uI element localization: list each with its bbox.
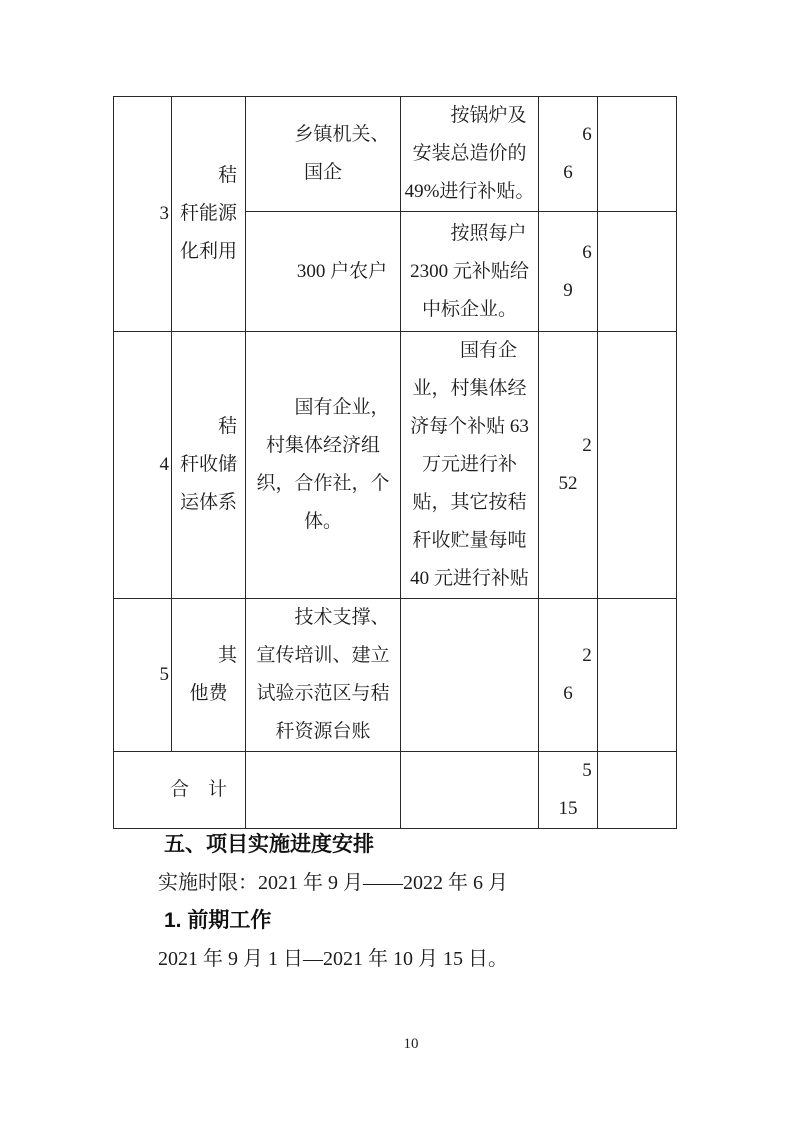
cell-r3-category: 秸 秆能源 化利用: [172, 97, 246, 332]
cell-r3a-remark: [598, 97, 677, 212]
cell-r4-standard: 国有企 业，村集体经 济每个补贴 63 万元进行补 贴，其它按秸 秆收贮量每吨 …: [401, 332, 539, 599]
row-number: 3: [160, 203, 170, 224]
table-row: 5 其 他费 技术支撑、 宣传培训、建立 试验示范区与秸 秆资源台账 2 6: [114, 599, 677, 752]
body-text-sections: 五、项目实施进度安排 实施时限：2021 年 9 月——2022 年 6 月 1…: [158, 826, 658, 978]
cell-r5-amount: 2 6: [539, 599, 598, 752]
cell-total-standard: [401, 752, 539, 829]
date-range-text: 2021 年 9 月 1 日—2021 年 10 月 15 日。: [158, 940, 658, 978]
cell-r3-no: 3: [114, 97, 172, 332]
cell-r5-remark: [598, 599, 677, 752]
cell-r3a-standard: 按锅炉及 安装总造价的 49%进行补贴。: [401, 97, 539, 212]
table-row: 3 秸 秆能源 化利用 乡镇机关、 国企 按锅炉及 安装总造价的 49%进行补贴…: [114, 97, 677, 212]
table-row-total: 合 计 5 15: [114, 752, 677, 829]
cell-total-amount: 5 15: [539, 752, 598, 829]
cell-total-remark: [598, 752, 677, 829]
cell-r4-category: 秸 秆收储 运体系: [172, 332, 246, 599]
page-number: 10: [0, 1036, 800, 1053]
cell-r4-amount: 2 52: [539, 332, 598, 599]
cell-r4-remark: [598, 332, 677, 599]
cell-r3b-amount: 6 9: [539, 212, 598, 332]
cell-r3b-remark: [598, 212, 677, 332]
row-number: 4: [160, 454, 170, 475]
cell-total-label: 合 计: [114, 752, 246, 829]
cell-total-target: [246, 752, 401, 829]
subsection-heading: 1. 前期工作: [158, 902, 658, 940]
cell-r3b-standard: 按照每户 2300 元补贴给 中标企业。: [401, 212, 539, 332]
cell-r5-no: 5: [114, 599, 172, 752]
cell-r4-no: 4: [114, 332, 172, 599]
cell-r3b-target: 300 户农户: [246, 212, 401, 332]
timeline-text: 实施时限：2021 年 9 月——2022 年 6 月: [158, 864, 658, 902]
cell-r5-category: 其 他费: [172, 599, 246, 752]
cell-r5-standard: [401, 599, 539, 752]
table-row: 4 秸 秆收储 运体系 国有企业， 村集体经济组 织，合作社，个 体。 国有企 …: [114, 332, 677, 599]
row-number: 5: [160, 664, 170, 685]
document-page: 3 秸 秆能源 化利用 乡镇机关、 国企 按锅炉及 安装总造价的 49%进行补贴…: [0, 0, 800, 1130]
cell-r3a-target: 乡镇机关、 国企: [246, 97, 401, 212]
subsidy-budget-table: 3 秸 秆能源 化利用 乡镇机关、 国企 按锅炉及 安装总造价的 49%进行补贴…: [113, 96, 677, 829]
section-heading: 五、项目实施进度安排: [158, 826, 658, 864]
cell-r4-target: 国有企业， 村集体经济组 织，合作社，个 体。: [246, 332, 401, 599]
cell-r5-target: 技术支撑、 宣传培训、建立 试验示范区与秸 秆资源台账: [246, 599, 401, 752]
cell-r3a-amount: 6 6: [539, 97, 598, 212]
